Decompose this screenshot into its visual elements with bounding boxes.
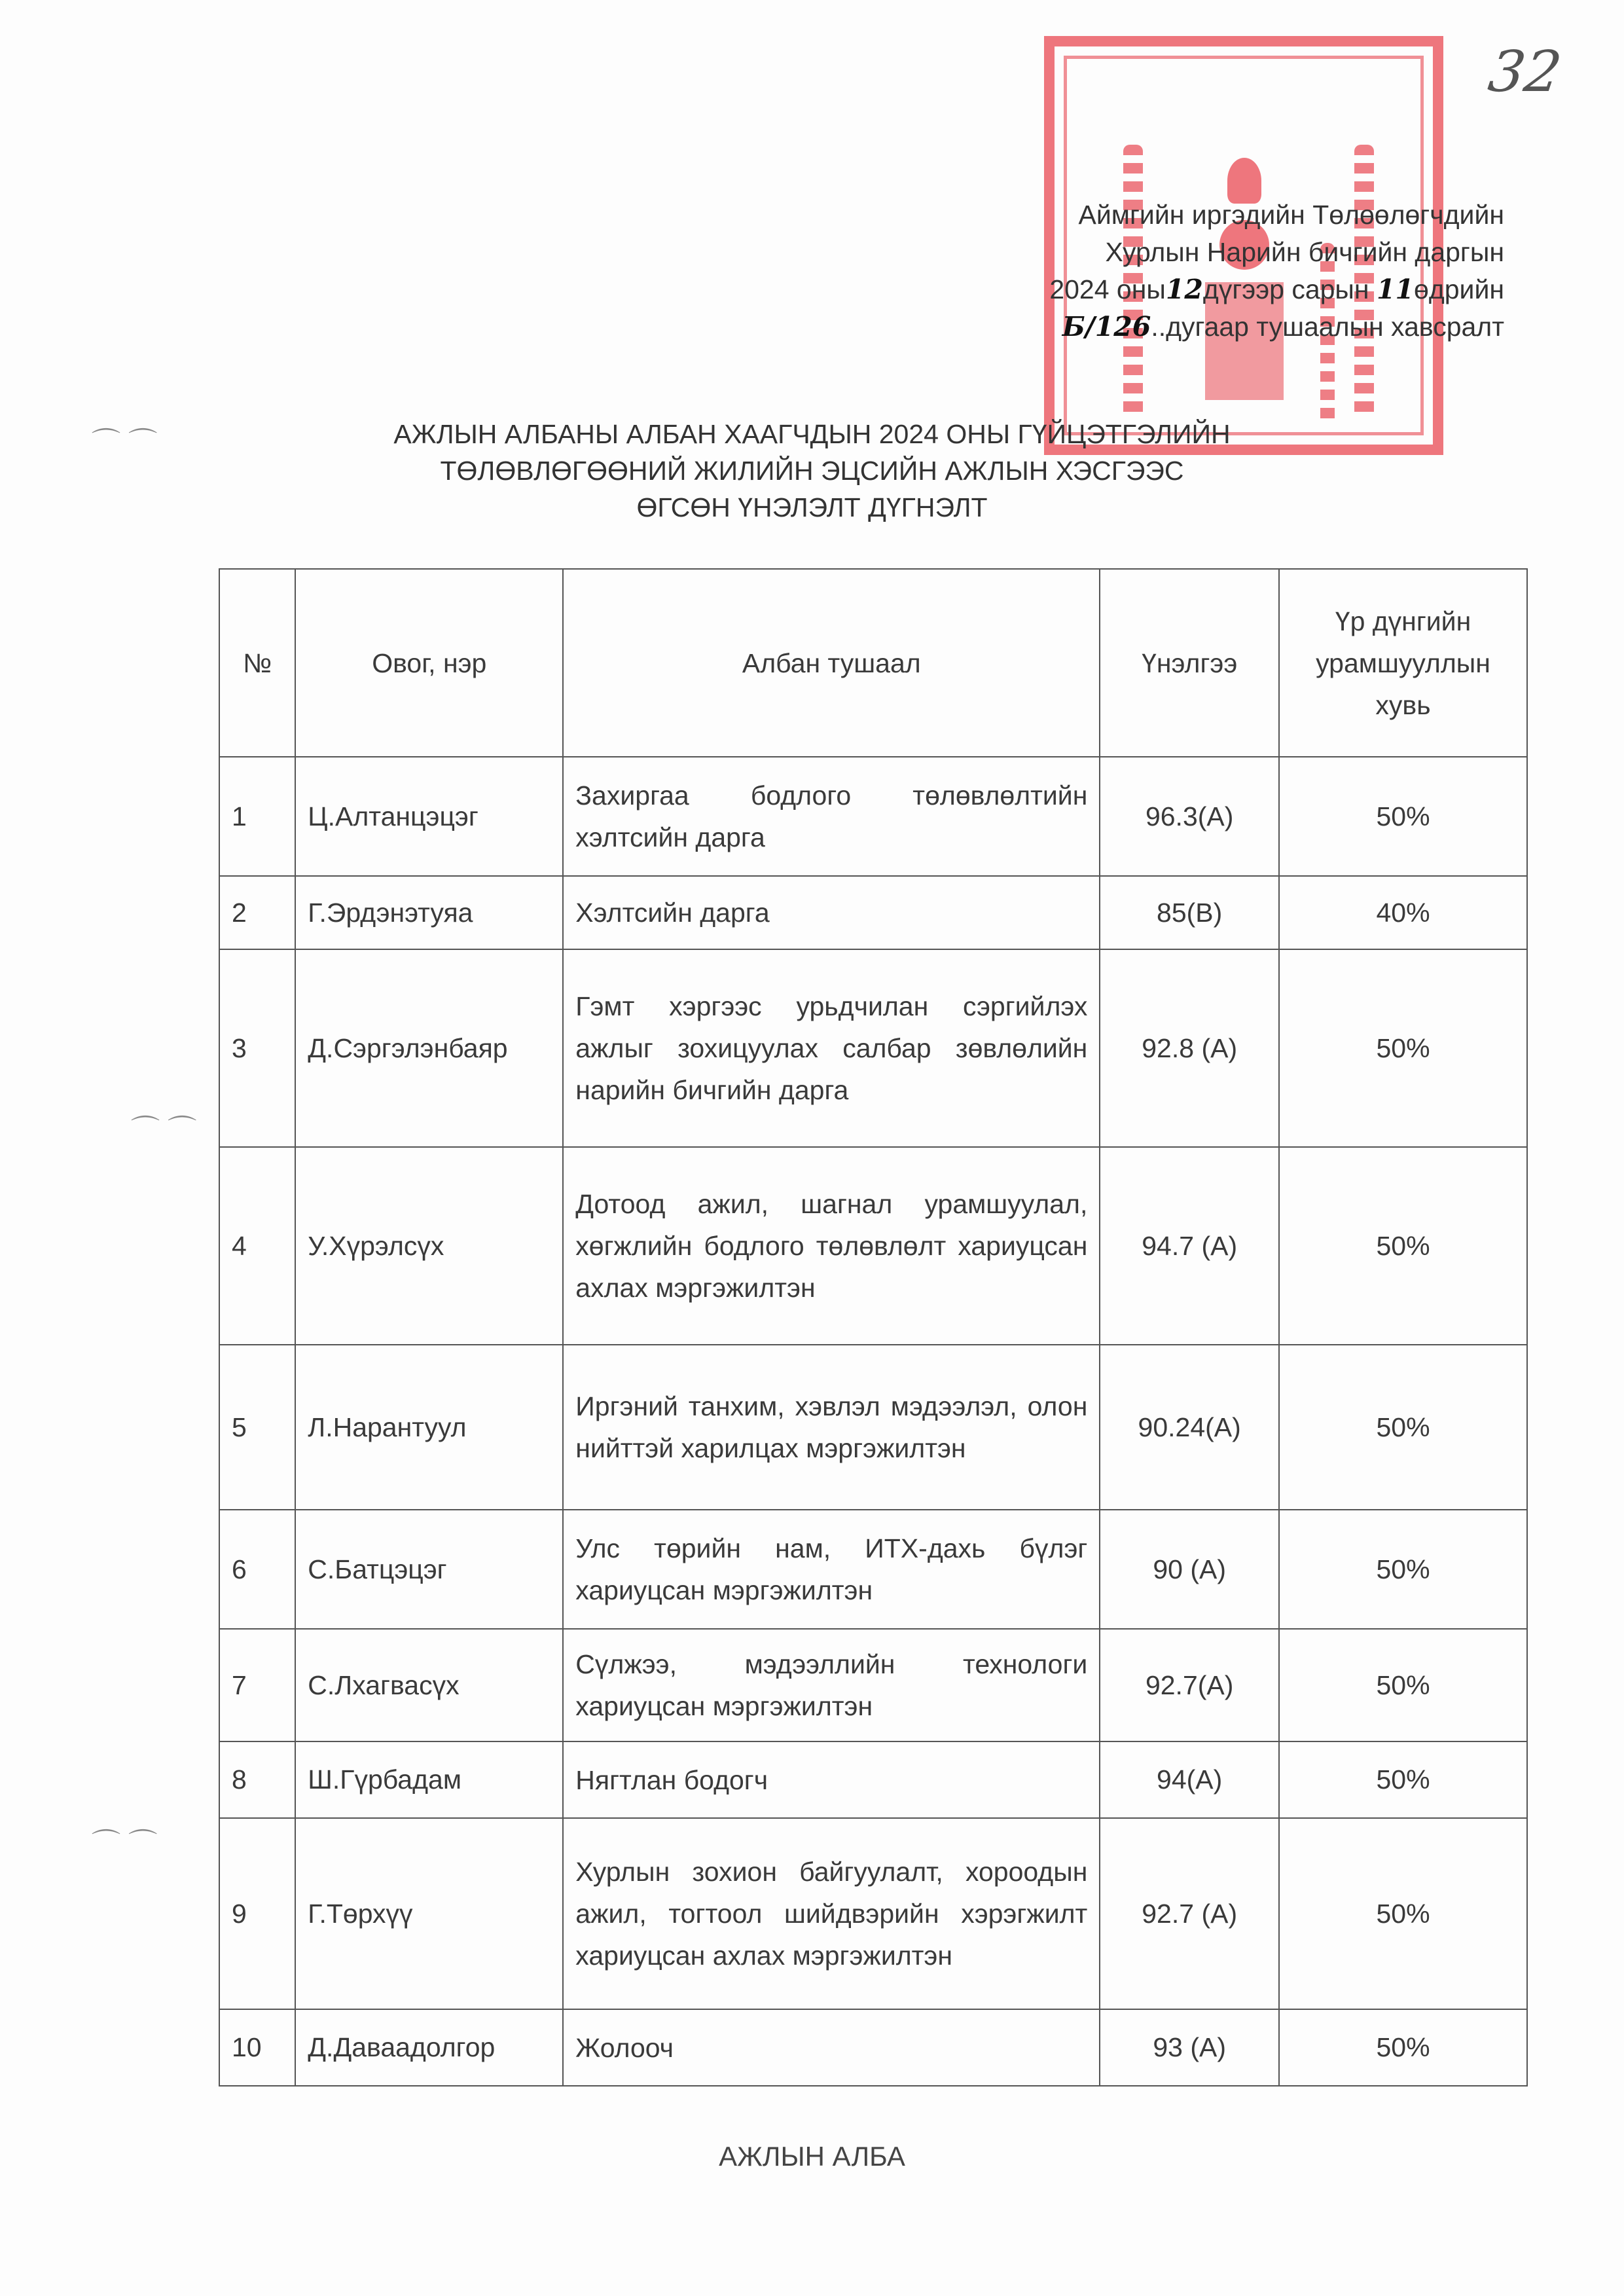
cell-name: Л.Нарантуул	[295, 1345, 563, 1510]
cell-number: 10	[219, 2009, 295, 2086]
approval-line-4: Б/126..дугаар тушаалын хавсралт	[1049, 308, 1504, 346]
header-bonus-percent: Үр дүнгийн урамшууллын хувь	[1279, 569, 1527, 757]
approval-block: Аймгийн иргэдийн Төлөөлөгчдийн Хурлын На…	[1049, 196, 1504, 346]
cell-position: Нягтлан бодогч	[563, 1741, 1100, 1818]
cell-name: Г.Төрхүү	[295, 1818, 563, 2009]
table-row: 3Д.СэргэлэнбаярГэмт хэргээс урьдчилан сэ…	[219, 949, 1527, 1147]
cell-bonus-percent: 50%	[1279, 1147, 1527, 1345]
cell-position: Жолооч	[563, 2009, 1100, 2086]
cell-number: 1	[219, 757, 295, 876]
cell-bonus-percent: 50%	[1279, 1345, 1527, 1510]
cell-score: 93 (А)	[1100, 2009, 1279, 2086]
document-title: АЖЛЫН АЛБАНЫ АЛБАН ХААГЧДЫН 2024 ОНЫ ГҮЙ…	[0, 416, 1624, 526]
header-number: №	[219, 569, 295, 757]
cell-position: Иргэний танхим, хэвлэл мэдээлэл, олон ни…	[563, 1345, 1100, 1510]
cell-name: С.Батцэцэг	[295, 1510, 563, 1629]
table-row: 7С.ЛхагвасүхСүлжээ, мэдээллийн технологи…	[219, 1629, 1527, 1741]
cell-number: 9	[219, 1818, 295, 2009]
cell-name: Ц.Алтанцэцэг	[295, 757, 563, 876]
header-position: Албан тушаал	[563, 569, 1100, 757]
handwritten-page-number: 32	[1485, 39, 1565, 105]
header-score: Үнэлгээ	[1100, 569, 1279, 757]
cell-name: С.Лхагвасүх	[295, 1629, 563, 1741]
approval-line-3: 2024 оны12дүгээр сарын 11өдрийн	[1049, 271, 1504, 308]
cell-bonus-percent: 50%	[1279, 757, 1527, 876]
cell-score: 90 (А)	[1100, 1510, 1279, 1629]
cell-position: Гэмт хэргээс урьдчилан сэргийлэх ажлыг з…	[563, 949, 1100, 1147]
approval-line-1: Аймгийн иргэдийн Төлөөлөгчдийн	[1049, 196, 1504, 234]
cell-number: 2	[219, 876, 295, 949]
table-row: 5Л.НарантуулИргэний танхим, хэвлэл мэдээ…	[219, 1345, 1527, 1510]
cell-number: 6	[219, 1510, 295, 1629]
cell-bonus-percent: 50%	[1279, 1510, 1527, 1629]
cell-name: У.Хүрэлсүх	[295, 1147, 563, 1345]
approval-line-2: Хурлын Нарийн бичгийн даргын	[1049, 234, 1504, 271]
cell-bonus-percent: 50%	[1279, 1741, 1527, 1818]
table-row: 2Г.ЭрдэнэтуяаХэлтсийн дарга85(В)40%	[219, 876, 1527, 949]
cell-number: 4	[219, 1147, 295, 1345]
table-row: 6С.БатцэцэгУлс төрийн нам, ИТХ-дахь бүлэ…	[219, 1510, 1527, 1629]
cell-name: Д.Даваадолгор	[295, 2009, 563, 2086]
header-name: Овог, нэр	[295, 569, 563, 757]
cell-score: 94(А)	[1100, 1741, 1279, 1818]
handwritten-day: 11	[1377, 274, 1414, 305]
cell-position: Дотоод ажил, шагнал урамшуулал, хөгжлийн…	[563, 1147, 1100, 1345]
cell-number: 5	[219, 1345, 295, 1510]
cell-bonus-percent: 50%	[1279, 1818, 1527, 2009]
evaluation-table: № Овог, нэр Албан тушаал Үнэлгээ Үр дүнг…	[219, 568, 1528, 2086]
punch-hole-mark: ⌒ ⌒	[131, 1106, 196, 1148]
cell-name: Ш.Гүрбадам	[295, 1741, 563, 1818]
cell-score: 90.24(А)	[1100, 1345, 1279, 1510]
cell-position: Хэлтсийн дарга	[563, 876, 1100, 949]
table-row: 10Д.ДаваадолгорЖолооч93 (А)50%	[219, 2009, 1527, 2086]
table-row: 4У.ХүрэлсүхДотоод ажил, шагнал урамшуула…	[219, 1147, 1527, 1345]
cell-number: 7	[219, 1629, 295, 1741]
cell-score: 94.7 (А)	[1100, 1147, 1279, 1345]
table-row: 8Ш.ГүрбадамНягтлан бодогч94(А)50%	[219, 1741, 1527, 1818]
cell-bonus-percent: 50%	[1279, 1629, 1527, 1741]
table-header-row: № Овог, нэр Албан тушаал Үнэлгээ Үр дүнг…	[219, 569, 1527, 757]
table-row: 9Г.ТөрхүүХурлын зохион байгуулалт, хороо…	[219, 1818, 1527, 2009]
cell-name: Г.Эрдэнэтуяа	[295, 876, 563, 949]
handwritten-month: 12	[1166, 274, 1203, 305]
cell-position: Сүлжээ, мэдээллийн технологи хариуцсан м…	[563, 1629, 1100, 1741]
cell-number: 3	[219, 949, 295, 1147]
handwritten-order-number: Б/126	[1062, 311, 1151, 342]
cell-bonus-percent: 50%	[1279, 949, 1527, 1147]
cell-bonus-percent: 40%	[1279, 876, 1527, 949]
cell-score: 96.3(А)	[1100, 757, 1279, 876]
punch-hole-mark: ⌒ ⌒	[92, 1820, 157, 1862]
cell-name: Д.Сэргэлэнбаяр	[295, 949, 563, 1147]
cell-position: Захиргаа бодлого төлөвлөлтийн хэлтсийн д…	[563, 757, 1100, 876]
footer-department: АЖЛЫН АЛБА	[0, 2141, 1624, 2172]
cell-position: Хурлын зохион байгуулалт, хороодын ажил,…	[563, 1818, 1100, 2009]
cell-score: 92.7 (А)	[1100, 1818, 1279, 2009]
cell-score: 92.8 (А)	[1100, 949, 1279, 1147]
table-row: 1Ц.АлтанцэцэгЗахиргаа бодлого төлөвлөлти…	[219, 757, 1527, 876]
cell-score: 92.7(А)	[1100, 1629, 1279, 1741]
cell-bonus-percent: 50%	[1279, 2009, 1527, 2086]
cell-score: 85(В)	[1100, 876, 1279, 949]
cell-number: 8	[219, 1741, 295, 1818]
cell-position: Улс төрийн нам, ИТХ-дахь бүлэг хариуцсан…	[563, 1510, 1100, 1629]
